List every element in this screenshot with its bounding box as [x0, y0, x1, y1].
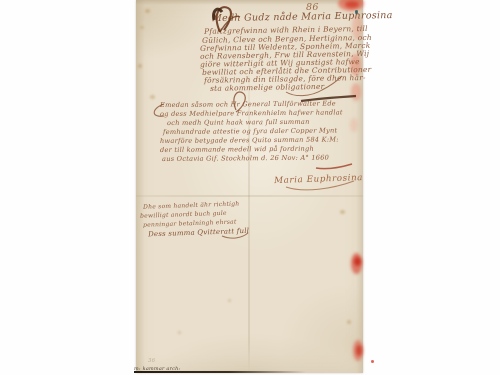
foxing-spot	[178, 331, 181, 334]
fold-line-horizontal	[136, 195, 363, 197]
handwritten-line: der till kommande medell wid på fordring…	[160, 145, 314, 154]
signature: Maria Euphrosina	[274, 172, 363, 186]
foxing-spot	[347, 320, 351, 324]
handwritten-line: Dess summa Qvitteratt full	[148, 226, 249, 238]
red-stain-edge-wash	[350, 118, 358, 132]
red-stain-mid-core	[354, 257, 361, 266]
photo-background: 86 Medh Gudz nåde Maria Euphrosina Pfalt…	[0, 0, 500, 375]
handwritten-line: bewilligt anordt buch gule	[140, 210, 227, 220]
handwritten-line: og dess Medhielpare Frankenhielm hafwer …	[160, 108, 343, 117]
red-stain-top-corner-core	[345, 1, 359, 8]
handwritten-line: femhundrade attestie og fyra daler Coppe…	[163, 126, 337, 135]
red-stain-lower-core	[356, 345, 362, 356]
foxing-spot	[145, 9, 150, 13]
handwritten-line: och medh Quint haak wara full summan	[167, 118, 310, 127]
foxing-spot	[140, 26, 144, 29]
foxing-spot	[150, 95, 155, 99]
foxing-spot	[340, 210, 345, 214]
handwritten-line: Emedan såsom och Hr General Tullförwalte…	[160, 99, 336, 108]
manuscript-paper: 86 Medh Gudz nåde Maria Euphrosina Pfalt…	[136, 0, 363, 373]
red-speck	[371, 360, 374, 363]
handwritten-line: Medh Gudz nåde Maria Euphrosina	[212, 10, 393, 24]
red-stain-edge-wash	[351, 83, 361, 101]
handwritten-line: hwarföre betygade deres Quito summan 584…	[160, 135, 339, 144]
handwritten-line: aus Octavia Gif. Stockholm d. 26 Nov: A°…	[162, 154, 329, 163]
faint-number: 36	[148, 358, 155, 364]
handwritten-line: sta akommelige obligationer	[210, 82, 324, 93]
foxing-spot	[138, 64, 142, 68]
foxing-spot	[228, 299, 231, 302]
bottom-edge-shadow	[134, 371, 306, 373]
